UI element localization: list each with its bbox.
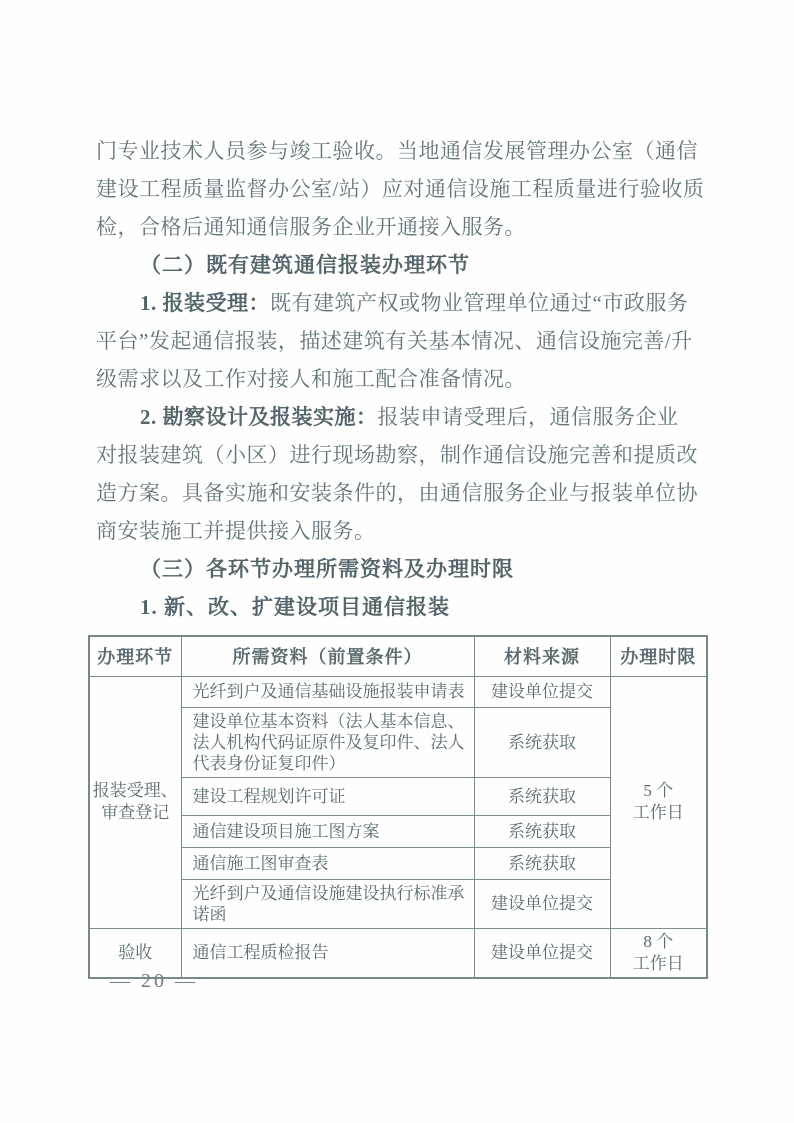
item-2-label: 2. 勘察设计及报装实施：: [140, 405, 378, 429]
source-cell: 建设单位提交: [474, 928, 610, 978]
source-cell: 建设单位提交: [474, 879, 610, 928]
document-body: 门专业技术人员参与竣工验收。当地通信发展管理办公室（通信 建设工程质量监督办公室…: [96, 132, 708, 626]
source-cell: 系统获取: [474, 777, 610, 815]
paragraph-line: 建设工程质量监督办公室/站）应对通信设施工程质量进行验收质: [96, 170, 708, 208]
paragraph-line: 造方案。具备实施和安装条件的，由通信服务企业与报装单位协: [96, 474, 708, 512]
numbered-item-line: 2. 勘察设计及报装实施：报装申请受理后，通信服务企业: [96, 398, 708, 436]
paragraph-line: 检，合格后通知通信服务企业开通接入服务。: [96, 208, 708, 246]
page-number: — 20 —: [110, 970, 198, 993]
source-cell: 系统获取: [474, 707, 610, 777]
source-cell: 建设单位提交: [474, 676, 610, 707]
material-cell: 通信建设项目施工图方案: [181, 815, 474, 847]
paragraph-line: 级需求以及工作对接人和施工配合准备情况。: [96, 360, 708, 398]
material-cell: 通信工程质检报告: [181, 928, 474, 978]
numbered-item-line: 1. 报装受理：既有建筑产权或物业管理单位通过“市政服务: [96, 284, 708, 322]
table-row: 报装受理、审查登记 光纤到户及通信基础设施报装申请表 建设单位提交 5 个工作日: [89, 676, 707, 707]
document-page: 门专业技术人员参与竣工验收。当地通信发展管理办公室（通信 建设工程质量监督办公室…: [0, 0, 794, 1123]
paragraph-line: 平台”发起通信报装，描述建筑有关基本情况、通信设施完善/升: [96, 322, 708, 360]
sub-heading-1: 1. 新、改、扩建设项目通信报装: [96, 588, 708, 626]
table-header-material: 所需资料（前置条件）: [181, 636, 474, 676]
time-line-2: 工作日: [613, 802, 705, 824]
material-cell: 通信施工图审查表: [181, 847, 474, 879]
time-cell-5-days: 5 个工作日: [610, 676, 707, 928]
paragraph-line: 商安装施工并提供接入服务。: [96, 512, 708, 550]
requirements-table: 办理环节 所需资料（前置条件） 材料来源 办理时限 报装受理、审查登记 光纤到户…: [88, 635, 708, 979]
material-cell: 建设单位基本资料（法人基本信息、法人机构代码证原件及复印件、法人代表身份证复印件…: [181, 707, 474, 777]
time-line-1: 5 个: [613, 780, 705, 802]
item-1-label: 1. 报装受理：: [140, 291, 270, 315]
source-cell: 系统获取: [474, 815, 610, 847]
item-2-text: 报装申请受理后，通信服务企业: [378, 405, 679, 429]
stage-line-1: 报装受理、: [91, 780, 180, 802]
source-cell: 系统获取: [474, 847, 610, 879]
table-header-stage: 办理环节: [89, 636, 181, 676]
stage-cell-acceptance-review: 报装受理、审查登记: [89, 676, 181, 928]
time-line-2: 工作日: [613, 953, 705, 975]
time-cell-8-days: 8 个工作日: [610, 928, 707, 978]
section-heading-3: （三）各环节办理所需资料及办理时限: [96, 550, 708, 588]
time-line-1: 8 个: [613, 931, 705, 953]
stage-line-2: 审查登记: [91, 802, 180, 824]
paragraph-line: 门专业技术人员参与竣工验收。当地通信发展管理办公室（通信: [96, 132, 708, 170]
section-heading-2: （二）既有建筑通信报装办理环节: [96, 246, 708, 284]
material-cell: 建设工程规划许可证: [181, 777, 474, 815]
material-cell: 光纤到户及通信设施建设执行标准承诺函: [181, 879, 474, 928]
table-header-time: 办理时限: [610, 636, 707, 676]
paragraph-line: 对报装建筑（小区）进行现场勘察，制作通信设施完善和提质改: [96, 436, 708, 474]
table-header-row: 办理环节 所需资料（前置条件） 材料来源 办理时限: [89, 636, 707, 676]
table-header-source: 材料来源: [474, 636, 610, 676]
material-cell: 光纤到户及通信基础设施报装申请表: [181, 676, 474, 707]
item-1-text: 既有建筑产权或物业管理单位通过“市政服务: [270, 291, 688, 315]
